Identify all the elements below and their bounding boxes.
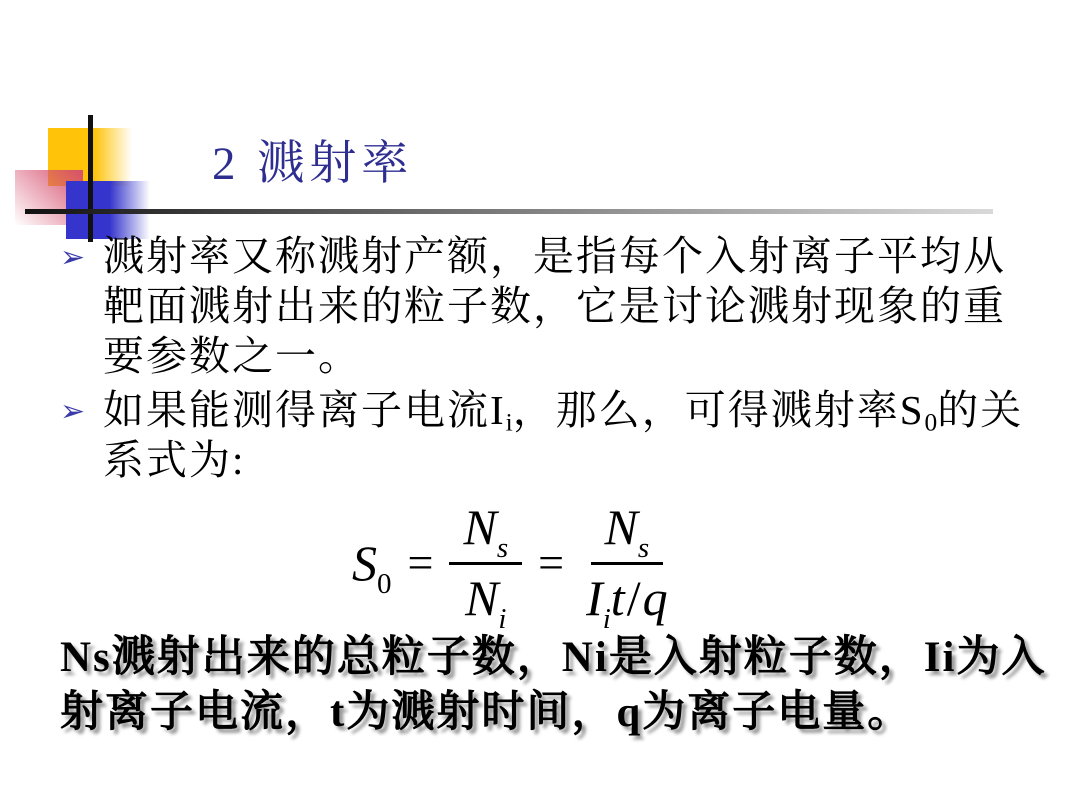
subscript-s: s: [638, 532, 649, 564]
formula-lhs: S0: [352, 534, 392, 592]
vertical-line-decoration: [88, 115, 93, 242]
subscript-i: i: [506, 408, 513, 436]
subscript-0: 0: [925, 408, 938, 436]
note-line-1: Ns溅射出来的总粒子数，Ni是入射粒子数，Ii为入: [60, 630, 1046, 685]
note-line-2: 射离子电流，t为溅射时间，q为离子电量。: [60, 685, 1046, 740]
slide: 2 溅射率 ➢ 溅射率又称溅射产额，是指每个入射离子平均从 靶面溅射出来的粒子数…: [0, 0, 1080, 810]
bullet-1-line-1: 溅射率又称溅射产额，是指每个入射离子平均从: [103, 231, 1006, 281]
bullet-arrow-icon: ➢: [60, 394, 85, 429]
fraction-ns-over-iit-q: Ns Iit/q: [580, 498, 674, 627]
sputter-yield-formula: S0 = Ns Ni = Ns Iit/q: [352, 498, 674, 627]
bullet-1-paragraph: 溅射率又称溅射产额，是指每个入射离子平均从 靶面溅射出来的粒子数，它是讨论溅射现…: [103, 231, 1006, 381]
equals-sign: =: [536, 536, 566, 589]
bullet-2-line-2: 系式为:: [103, 435, 1023, 485]
bullet-2-paragraph: 如果能测得离子电流Ii，那么，可得溅射率S0的关 系式为:: [103, 385, 1023, 485]
subscript-0: 0: [377, 568, 392, 600]
subscript-s: s: [497, 532, 508, 564]
bullet-arrow-icon: ➢: [60, 240, 85, 275]
bullet-1-line-2: 靶面溅射出来的粒子数，它是讨论溅射现象的重: [103, 281, 1006, 331]
title-underline-rule: [25, 209, 993, 214]
variable-definitions-note: Ns溅射出来的总粒子数，Ni是入射粒子数，Ii为入 射离子电流，t为溅射时间，q…: [60, 630, 1046, 740]
slide-title: 2 溅射率: [212, 126, 413, 193]
equals-sign: =: [406, 536, 436, 589]
bullet-1-line-3: 要参数之一。: [103, 331, 1006, 381]
bullet-2-line-1: 如果能测得离子电流Ii，那么，可得溅射率S0的关: [103, 385, 1023, 435]
fraction-ns-over-ni: Ns Ni: [449, 498, 522, 627]
